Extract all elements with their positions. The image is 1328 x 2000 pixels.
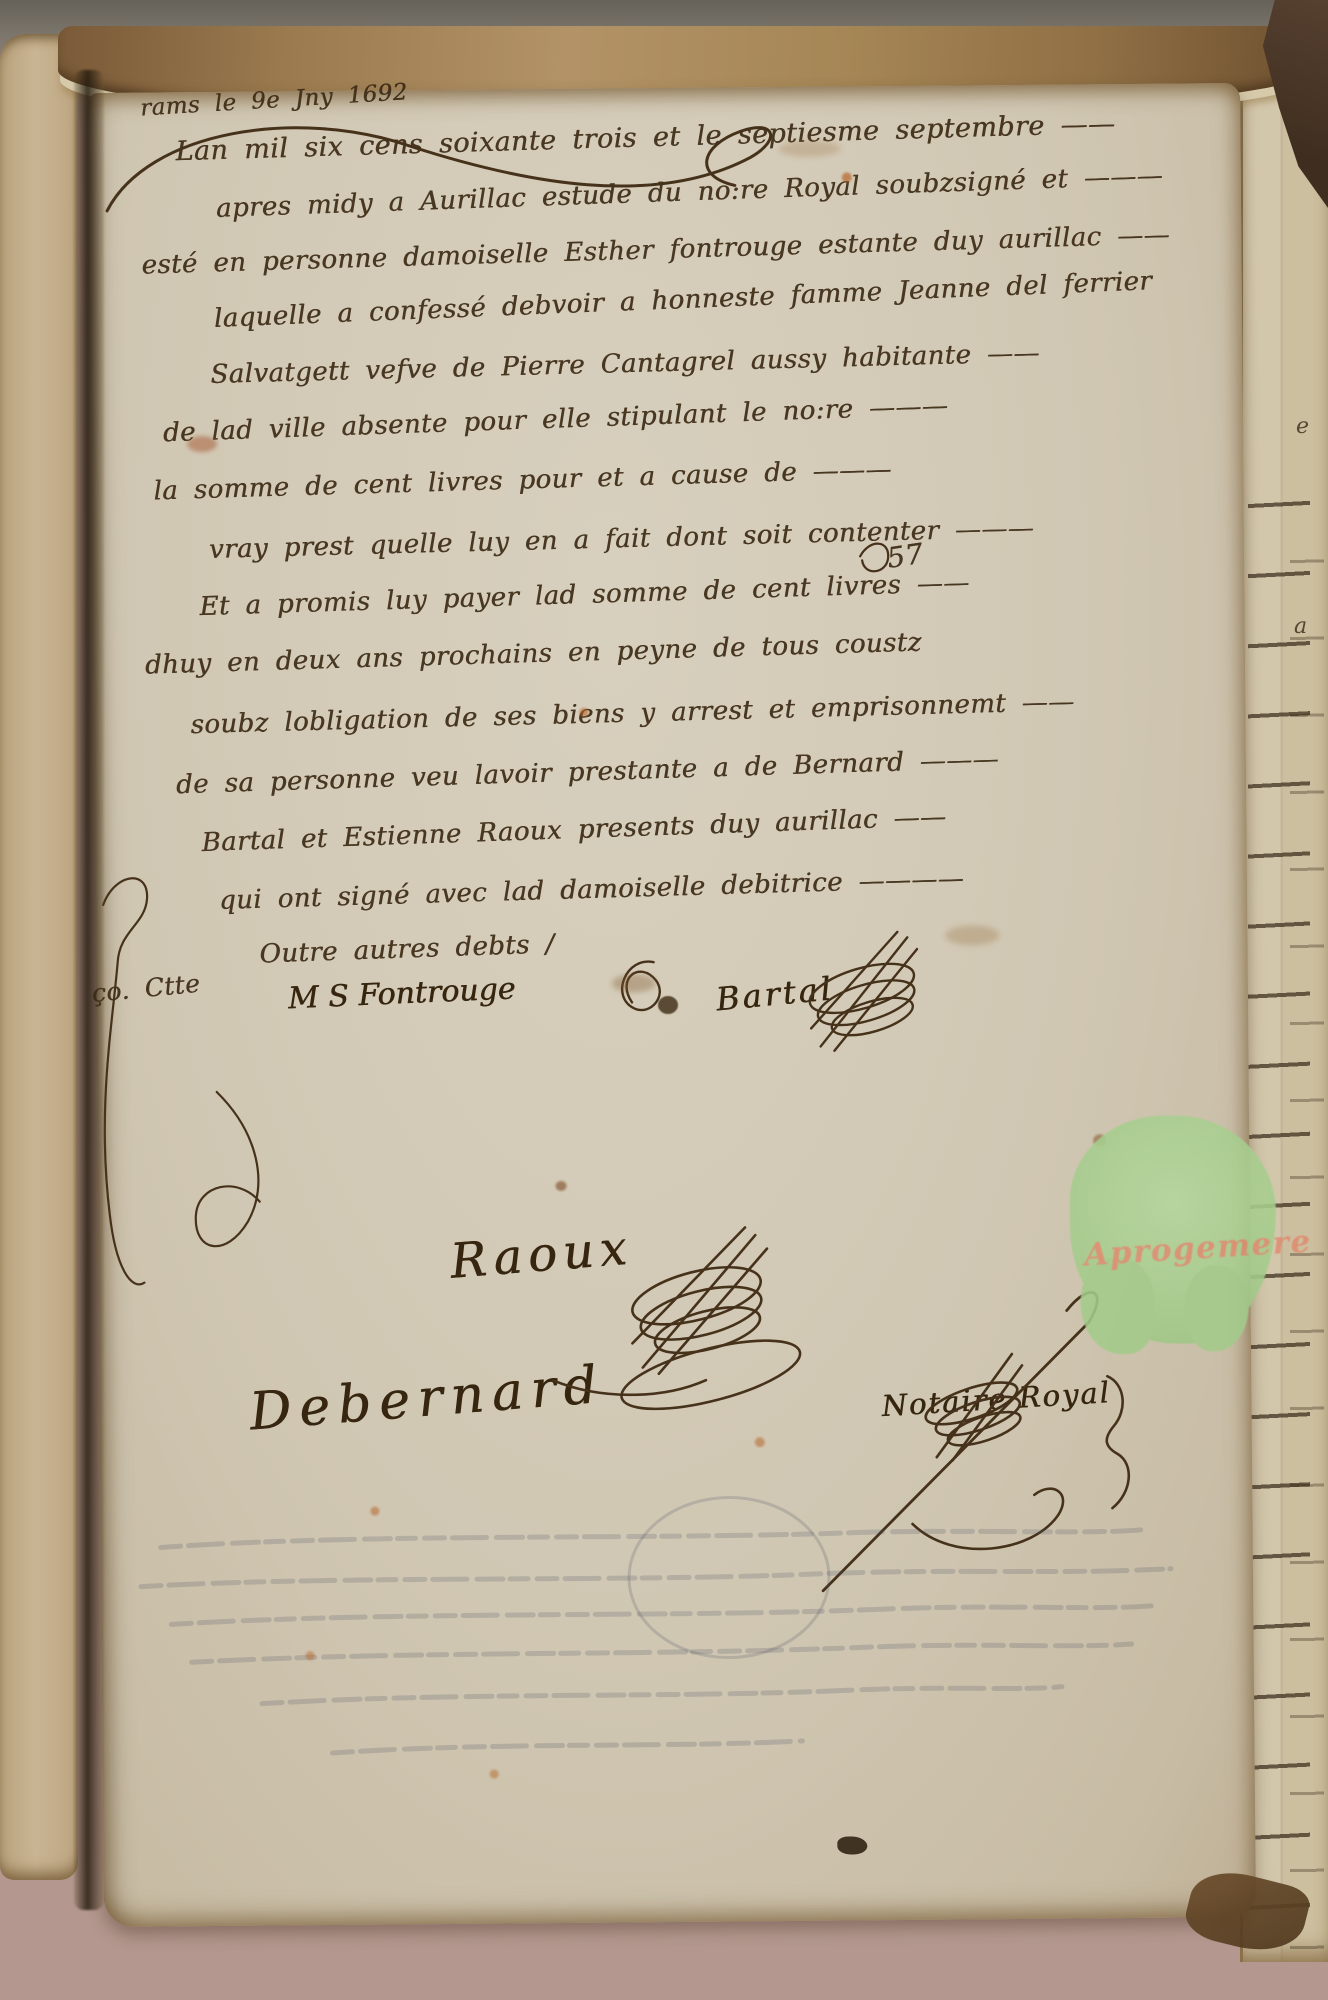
edge-letter-fragment: e [1296, 416, 1309, 438]
edge-letter-fragment: a [1294, 616, 1307, 638]
debernard-paraphe [821, 1292, 1100, 1590]
raoux-paraphe [528, 1222, 807, 1439]
gutter-shadow [74, 70, 104, 1910]
manuscript-photo: e a [0, 0, 1328, 2000]
opening-flourish [106, 124, 771, 211]
bartal-paraphe [622, 928, 939, 1057]
verso-bleed-through [140, 1494, 1172, 1755]
margin-flourish [103, 877, 261, 1284]
line-end-flourish [860, 544, 888, 572]
ink-flourish-layer [88, 83, 1256, 1923]
notaire-brace [1106, 1376, 1129, 1508]
watermark-blob: Aprogemere [1069, 1115, 1277, 1345]
previous-page-edge [0, 34, 78, 1880]
manuscript-page: rams le 9e Jny 1692 Lan mil six cens soi… [88, 83, 1256, 1927]
